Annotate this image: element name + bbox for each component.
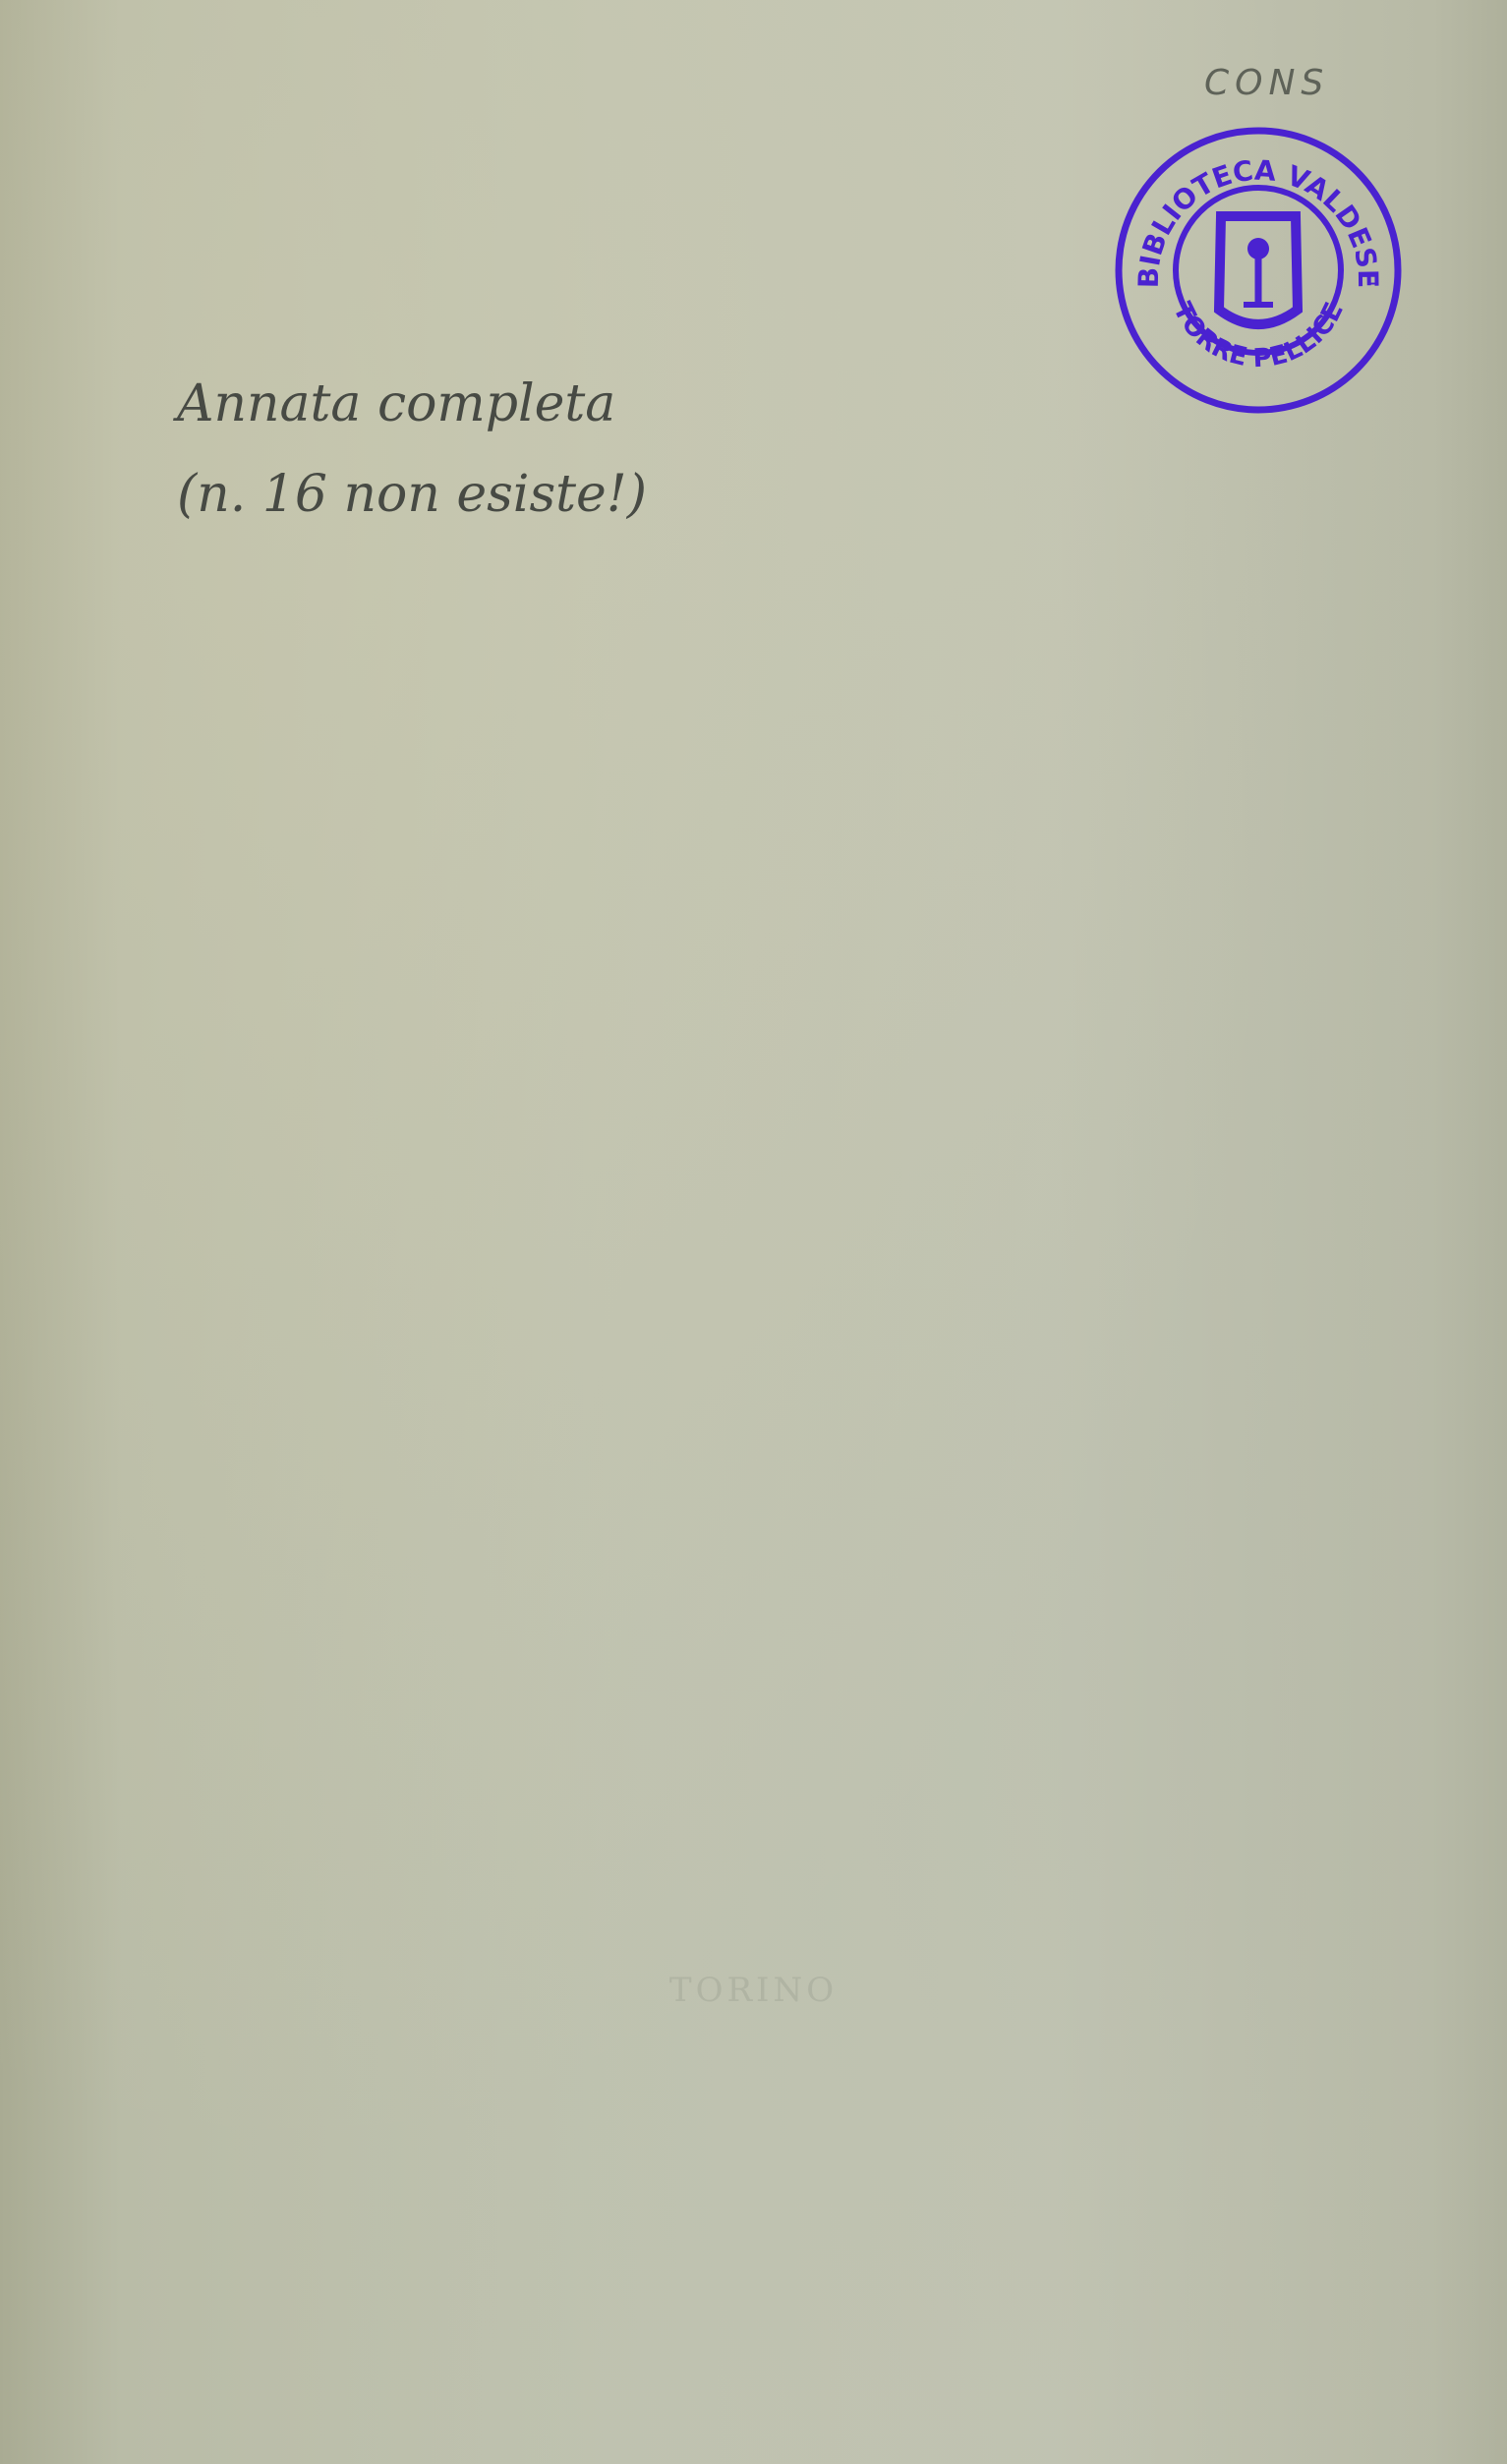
svg-text:-: - xyxy=(1140,268,1149,296)
pencil-mark-cons: CONS xyxy=(1204,63,1329,103)
show-through-imprint: TORINO xyxy=(0,1971,1507,2010)
svg-text:-: - xyxy=(1368,268,1377,296)
library-stamp-icon: BIBLIOTECA VALDESE TORRE PELLICE - - xyxy=(1111,123,1406,418)
note-line-2: (n. 16 non esiste!) xyxy=(177,449,647,540)
handwritten-note: Annata completa (n. 16 non esiste!) xyxy=(177,359,647,540)
document-page: TORINO CONS BIBLIOTECA VALDESE TORRE PEL… xyxy=(0,0,1507,2464)
svg-text:TORRE PELLICE: TORRE PELLICE xyxy=(1167,298,1350,373)
note-line-1: Annata completa xyxy=(177,359,647,449)
